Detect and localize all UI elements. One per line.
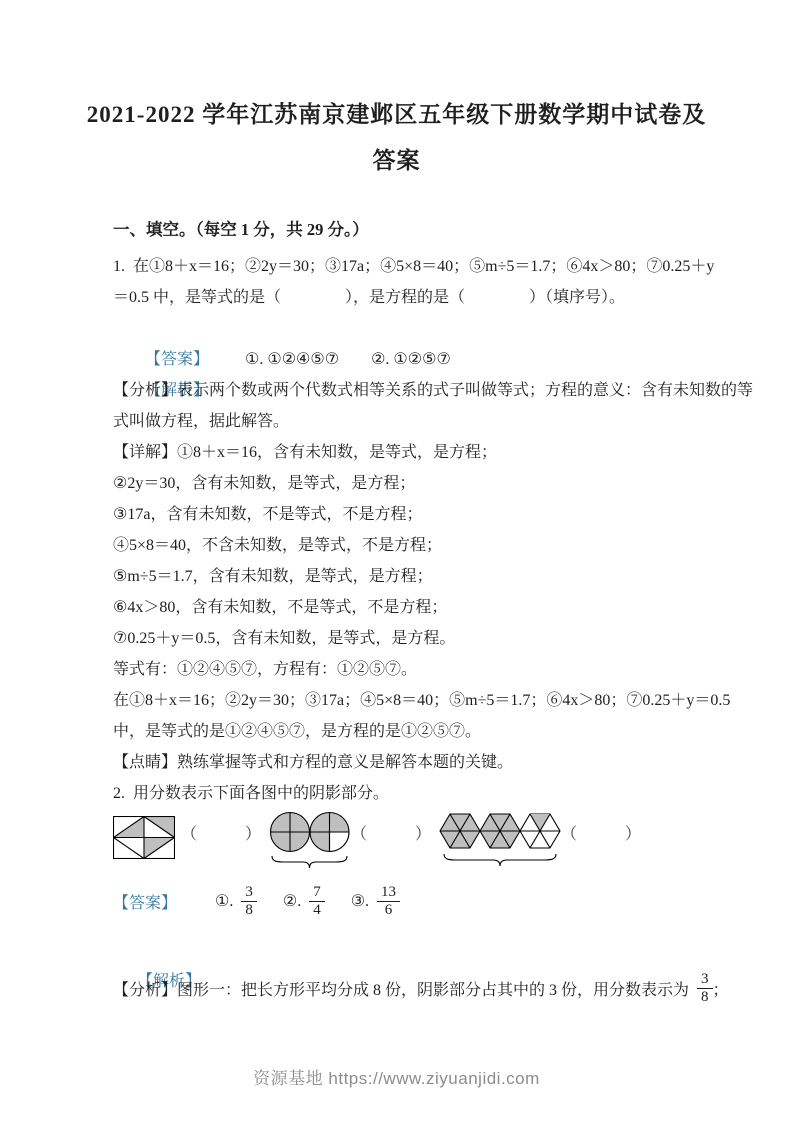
q2-stem: 2. 用分数表示下面各图中的阴影部分。 (113, 778, 681, 809)
q2-blank-parens-3: （ ） (561, 821, 641, 844)
q1-stem-line2: ＝0.5 中，是等式的是（ ），是方程的是（ ）（填序号）。 (113, 282, 681, 313)
q2-answer-line: 【答案】 ①. 3 8 ②. 7 4 ③. 13 6 (113, 879, 681, 923)
q1-analysis-line2: 式叫做方程，据此解答。 (113, 406, 681, 437)
q2-figures-row: （ ） （ ） (113, 811, 681, 877)
q2-analysis-suffix: ； (713, 977, 729, 1000)
q1-dianjing-line: 【点睛】熟练掌握等式和方程的意义是解答本题的关键。 (113, 747, 681, 778)
q1-detail-line: 在①8＋x＝16；②2y＝30；③17a；④5×8＝40；⑤m÷5＝1.7；⑥4… (113, 685, 681, 716)
fraction-3-8-inline: 3 8 (697, 971, 713, 1006)
q2-analysis-text: 【分析】图形一：把长方形平均分成 8 份，阴影部分占其中的 3 份，用分数表示为 (113, 977, 689, 1000)
q1-detail-line: 等式有：①②④⑤⑦，方程有：①②⑤⑦。 (113, 654, 681, 685)
fraction-13-6: 13 6 (377, 884, 400, 919)
q1-answer-label: 【答案】 (145, 351, 209, 368)
q2-figure-rectangle-diagram (113, 816, 175, 859)
q2-answer-marker-2: ②. (283, 891, 301, 911)
q1-analysis-line1: 【分析】表示两个数或两个代数式相等关系的式子叫做等式；方程的意义：含有未知数的等 (113, 375, 681, 406)
q2-answer-label: 【答案】 (113, 890, 177, 913)
underbrace (272, 856, 347, 868)
title-line1: 2021-2022 学年江苏南京建邺区五年级下册数学期中试卷及 (56, 92, 737, 138)
q1-detail-line: 【详解】①8＋x＝16，含有未知数，是等式，是方程； (113, 437, 681, 468)
section-heading: 一、填空。（每空 1 分，共 29 分。） (113, 218, 681, 242)
q1-detail-line: 中，是等式的是①②④⑤⑦，是方程的是①②⑤⑦。 (113, 716, 681, 747)
q1-detail-line: ③17a，含有未知数，不是等式，不是方程； (113, 499, 681, 530)
q1-answer-line: 【答案】①. ①②④⑤⑦ ②. ①②⑤⑦ (113, 313, 681, 344)
q2-blank-parens-1: （ ） (181, 821, 261, 844)
title-line2: 答案 (56, 138, 737, 184)
q2-answer-marker-1: ①. (215, 891, 233, 911)
q2-blank-parens-2: （ ） (351, 821, 431, 844)
underbrace (444, 854, 556, 866)
document-page: 2021-2022 学年江苏南京建邺区五年级下册数学期中试卷及 答案 一、填空。… (0, 0, 793, 1122)
q1-answer-text: ①. ①②④⑤⑦ ②. ①②⑤⑦ (245, 351, 451, 368)
q2-jiexi-line: 【解析】 (113, 935, 681, 966)
q1-detail-line: ⑦0.25＋y＝0.5，含有未知数，是等式，是方程。 (113, 623, 681, 654)
q2-figure-circles-diagram (269, 811, 351, 871)
fraction-3-8: 3 8 (241, 884, 257, 919)
q2-figure-hexagons-diagram (439, 813, 561, 869)
q1-detail-line: ⑤m÷5＝1.7，含有未知数，是等式，是方程； (113, 561, 681, 592)
q1-detail-line: ②2y＝30，含有未知数，是等式，是方程； (113, 468, 681, 499)
q1-stem-line1: 1. 在①8＋x＝16；②2y＝30；③17a；④5×8＝40；⑤m÷5＝1.7… (113, 251, 681, 282)
footer-watermark: 资源基地 https://www.ziyuanjidi.com (0, 1064, 793, 1089)
document-body: 一、填空。（每空 1 分，共 29 分。） 1. 在①8＋x＝16；②2y＝30… (113, 218, 681, 1010)
q1-detail-line: ⑥4x＞80，含有未知数，不是等式，不是方程； (113, 592, 681, 623)
page-title: 2021-2022 学年江苏南京建邺区五年级下册数学期中试卷及 答案 (56, 92, 737, 184)
q2-answer-marker-3: ③. (351, 891, 369, 911)
q1-detail-line: ④5×8＝40，不含未知数，是等式，不是方程； (113, 530, 681, 561)
fraction-7-4: 7 4 (309, 884, 325, 919)
